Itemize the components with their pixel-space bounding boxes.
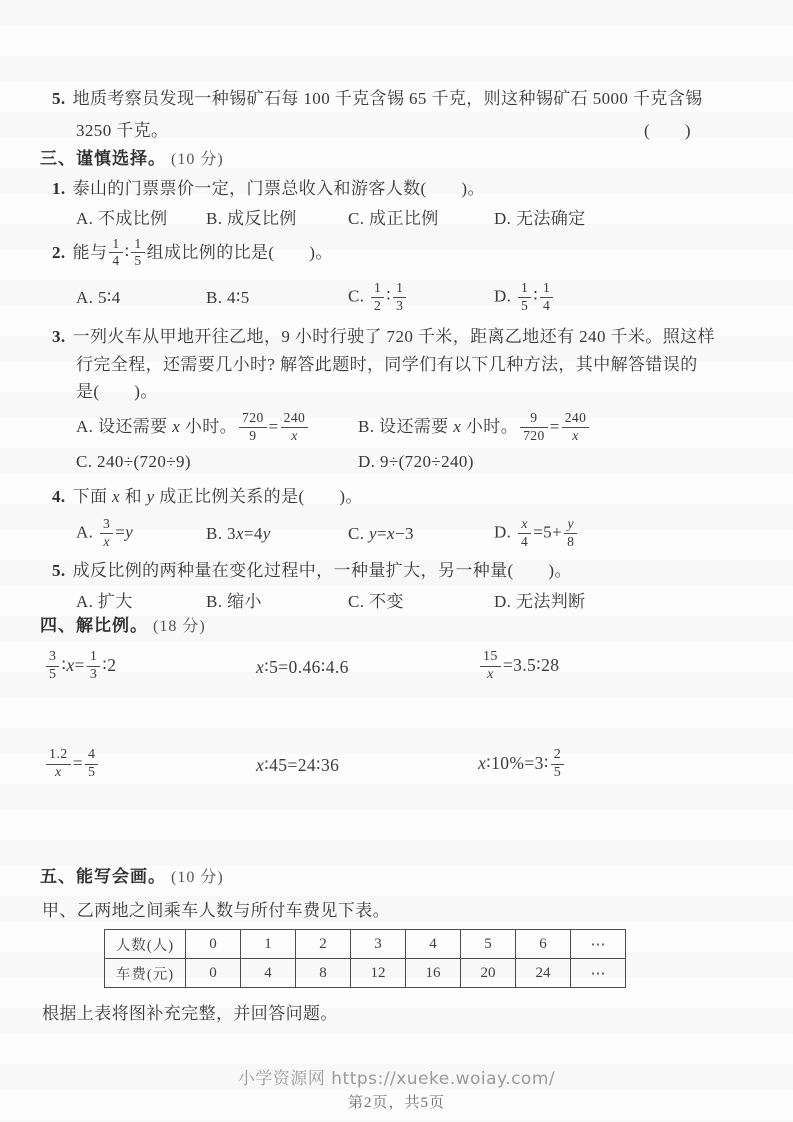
fraction: 13 (87, 650, 100, 682)
option-c: C. 12∶13 (348, 282, 494, 314)
choice-question-3-line3: 是( )。 (76, 381, 158, 402)
worksheet-page: 5.地质考察员发现一种锡矿石每 100 千克含锡 65 千克，则这种锡矿石 50… (0, 0, 793, 1122)
section-3-heading: 三、谨慎选择。(10 分) (40, 148, 224, 170)
footer-page-number: 第2页，共5页 (0, 1091, 793, 1112)
table-cell: ⋯ (571, 930, 626, 959)
proportion-row-1: 35∶x=13∶2 x∶5=0.46∶4.6 15x=3.5∶28 (44, 640, 763, 694)
section-title: 三、谨慎选择。 (40, 149, 166, 168)
table-cell: 3 (351, 930, 406, 959)
answer-parentheses: ( ) (644, 120, 691, 141)
math-variable: y (567, 516, 573, 531)
equation-4: 1.2x=45 (44, 749, 256, 781)
fraction: y8 (564, 517, 577, 549)
math-variable: x (453, 417, 461, 436)
fraction: 1.2x (46, 748, 71, 780)
option-b: B. 缩小 (206, 587, 348, 612)
fraction: 7209 (239, 411, 267, 443)
fare-table: 人数(人) 0 1 2 3 4 5 6 ⋯ 车费(元) 0 4 8 12 16 … (104, 929, 626, 988)
question-number: 5. (52, 89, 66, 108)
math-variable: x (66, 655, 74, 675)
fraction: 240x (562, 411, 590, 443)
fraction: 14 (109, 237, 122, 269)
option-c: C. y=x−3 (348, 524, 494, 544)
section-title: 四、解比例。 (40, 616, 148, 635)
math-variable: x (112, 487, 120, 506)
table-cell: 4 (406, 930, 461, 959)
math-variable: y (125, 523, 133, 542)
equation-1: 35∶x=13∶2 (44, 651, 256, 683)
equation-5: x∶45=24∶36 (256, 755, 478, 776)
table-cell: 2 (296, 930, 351, 959)
row-header-fare: 车费(元) (105, 959, 186, 988)
choice-1-options: A. 不成比例 B. 成反比例 C. 成正比例 D. 无法确定 (76, 204, 759, 229)
option-a: A. 5∶4 (76, 288, 206, 308)
question-number: 3. (52, 327, 66, 346)
question-text: 一列火车从甲地开往乙地，9 小时行驶了 720 千米，距离乙地还有 240 千米… (73, 327, 715, 346)
choice-question-2: 2.能与14∶15组成比例的比是( )。 (52, 238, 333, 270)
option-c: C. 不变 (348, 587, 494, 612)
question-text: 地质考察员发现一种锡矿石每 100 千克含锡 65 千克，则这种锡矿石 5000… (73, 89, 703, 108)
math-variable: x (103, 534, 109, 549)
question-text: 成反比例的两种量在变化过程中，一种量扩大，另一种量( )。 (73, 561, 572, 580)
option-c: C. 成正比例 (348, 204, 494, 229)
option-d: D. 无法判断 (494, 587, 759, 612)
choice-5-options: A. 扩大 B. 缩小 C. 不变 D. 无法判断 (76, 587, 759, 612)
fraction: 25 (551, 748, 564, 780)
choice-question-4: 4.下面 x 和 y 成正比例关系的是( )。 (52, 486, 363, 507)
table-intro-text: 甲、乙两地之间乘车人数与所付车费见下表。 (42, 900, 390, 921)
choice-2-options: A. 5∶4 B. 4∶5 C. 12∶13 D. 15∶14 (76, 276, 759, 320)
question-text: 能与14∶15组成比例的比是( )。 (73, 243, 333, 262)
choice-question-3-line2: 行完全程，还需要几小时? 解答此题时，同学们有以下几种方法，其中解答错误的 (76, 354, 698, 375)
option-c: C. 240÷(720÷9) (76, 452, 358, 472)
equation-3: 15x=3.5∶28 (478, 651, 763, 683)
option-a: A. 扩大 (76, 587, 206, 612)
table-cell: 6 (516, 930, 571, 959)
option-a: A. 设还需要 x 小时。7209=240x (76, 412, 358, 444)
table-outro-text: 根据上表将图补充完整，并回答问题。 (42, 1003, 338, 1024)
fraction: 45 (85, 748, 98, 780)
question-text: 泰山的门票票价一定，门票总收入和游客人数( )。 (73, 179, 485, 198)
math-variable: x (55, 765, 62, 780)
equation-6: x∶10%=3∶25 (478, 749, 763, 781)
footer-site-url: 小学资源网 https://xueke.woiay.com/ (0, 1064, 793, 1089)
math-variable: x (236, 524, 244, 543)
table-cell: 8 (296, 959, 351, 988)
choice-question-1: 1.泰山的门票票价一定，门票总收入和游客人数( )。 (52, 178, 485, 199)
equation-2: x∶5=0.46∶4.6 (256, 657, 478, 678)
option-b: B. 设还需要 x 小时。9720=240x (358, 412, 759, 444)
question-number: 5. (52, 561, 66, 580)
option-b: B. 4∶5 (206, 288, 348, 308)
row-header-people: 人数(人) (105, 930, 186, 959)
section-4-heading: 四、解比例。(18 分) (40, 615, 206, 637)
math-variable: x (256, 755, 264, 775)
tf-question-5-line2: 3250 千克。 (76, 120, 168, 141)
choice-4-options: A. 3x=y B. 3x=4y C. y=x−3 D. x4=5+y8 (76, 510, 759, 558)
tf-question-5-line1: 5.地质考察员发现一种锡矿石每 100 千克含锡 65 千克，则这种锡矿石 50… (52, 88, 703, 109)
option-d: D. 无法确定 (494, 204, 759, 229)
option-a: A. 不成比例 (76, 204, 206, 229)
question-number: 1. (52, 179, 66, 198)
section-title: 五、能写会画。 (40, 867, 166, 886)
math-variable: x (478, 753, 486, 773)
option-d: D. x4=5+y8 (494, 518, 759, 550)
table-row-fare: 车费(元) 0 4 8 12 16 20 24 ⋯ (105, 959, 626, 988)
math-variable: y (147, 487, 155, 506)
math-variable: x (291, 428, 297, 443)
table-cell: 0 (186, 959, 241, 988)
math-variable: y (263, 524, 271, 543)
fraction: x4 (518, 517, 531, 549)
choice-3-options-ab: A. 设还需要 x 小时。7209=240x B. 设还需要 x 小时。9720… (76, 404, 759, 452)
question-number: 4. (52, 487, 66, 506)
fraction: 13 (393, 281, 406, 313)
section-5-heading: 五、能写会画。(10 分) (40, 866, 224, 888)
table-cell: 5 (461, 930, 516, 959)
fraction: 14 (540, 281, 553, 313)
fraction: 9720 (520, 411, 548, 443)
math-variable: x (387, 524, 395, 543)
table-cell: ⋯ (571, 959, 626, 988)
table-cell: 24 (516, 959, 571, 988)
section-score: (10 分) (171, 151, 224, 168)
option-b: B. 3x=4y (206, 524, 348, 544)
fraction: 12 (371, 281, 384, 313)
table-row-people: 人数(人) 0 1 2 3 4 5 6 ⋯ (105, 930, 626, 959)
table-cell: 4 (241, 959, 296, 988)
table-cell: 16 (406, 959, 461, 988)
math-variable: x (521, 516, 527, 531)
fraction: 35 (46, 650, 59, 682)
choice-question-5: 5.成反比例的两种量在变化过程中，一种量扩大，另一种量( )。 (52, 560, 572, 581)
section-score: (18 分) (153, 618, 206, 635)
fraction: 15 (131, 237, 144, 269)
fraction: 3x (100, 517, 113, 549)
math-variable: x (172, 417, 180, 436)
choice-question-3-line1: 3.一列火车从甲地开往乙地，9 小时行驶了 720 千米，距离乙地还有 240 … (52, 326, 715, 347)
math-variable: y (369, 524, 377, 543)
table-cell: 20 (461, 959, 516, 988)
option-d: D. 9÷(720÷240) (358, 452, 759, 472)
table-cell: 1 (241, 930, 296, 959)
math-variable: x (572, 428, 578, 443)
math-variable: x (256, 657, 264, 677)
section-score: (10 分) (171, 869, 224, 886)
fraction: 15x (480, 650, 501, 682)
question-text: 下面 x 和 y 成正比例关系的是( )。 (73, 487, 363, 506)
option-a: A. 3x=y (76, 518, 206, 550)
math-variable: x (487, 667, 494, 682)
fraction: 240x (281, 411, 309, 443)
question-number: 2. (52, 243, 66, 262)
table-cell: 0 (186, 930, 241, 959)
fraction: 15 (518, 281, 531, 313)
table-cell: 12 (351, 959, 406, 988)
option-b: B. 成反比例 (206, 204, 348, 229)
proportion-row-2: 1.2x=45 x∶45=24∶36 x∶10%=3∶25 (44, 738, 763, 792)
choice-3-options-cd: C. 240÷(720÷9) D. 9÷(720÷240) (76, 452, 759, 472)
option-d: D. 15∶14 (494, 282, 759, 314)
